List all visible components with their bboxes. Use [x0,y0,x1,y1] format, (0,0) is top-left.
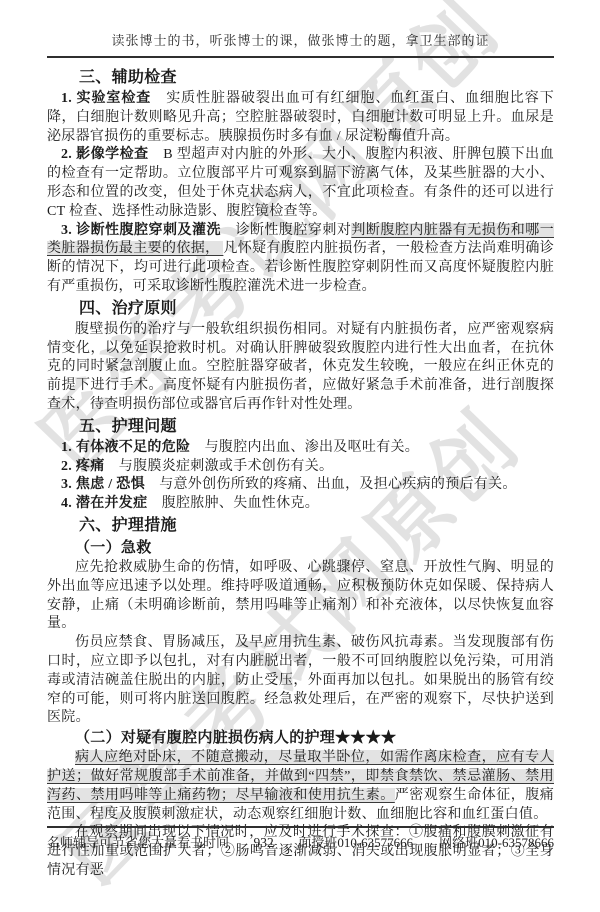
paragraph: 2. 影像学检查 B 型超声对内脏的外形、大小、腹腔内积液、肝脾包膜下出血的检查… [47,146,554,221]
page-number: 932 [229,835,298,851]
document-body: 三、辅助检查1. 实验室检查 实质性脏器破裂出血可有红细胞、血红蛋白、血细胞比容… [47,66,554,881]
section-heading: 三、辅助检查 [47,66,554,90]
paragraph: 3. 焦虑 / 恐惧 与意外创伤所致的疼痛、出血，及担心疾病的预后有关。 [47,476,554,495]
paragraph: 病人应绝对卧床，不随意搬动，尽量取半卧位，如需作离床检查，应有专人护送；做好常规… [47,749,554,824]
section-heading: （二）对疑有腹腔内脏损伤病人的护理★★★★ [47,728,554,749]
text-segment: 1. 有体液不足的危险 [61,440,190,455]
section-heading: 四、治疗原则 [47,297,554,321]
text-segment: 三、辅助检查 [79,69,177,86]
text-segment: 4. 潜在并发症 [61,496,147,511]
text-segment: 2. 影像学检查 [61,147,149,162]
text-segment: （一）急救 [75,540,152,556]
paragraph: 1. 实验室检查 实质性脏器破裂出血可有红细胞、血红蛋白、血细胞比容下降，白细胞… [47,90,554,146]
text-segment: 3. 诊断性腹腔穿刺及灌洗 [61,223,221,238]
text-segment: 诊断性腹腔穿刺对 [221,223,351,238]
text-segment: 与腹膜炎症刺激或手术创伤有关。 [105,459,334,474]
text-segment: 与腹腔内出血、渗出及呕吐有关。 [190,440,419,455]
text-segment: 腹腔脓肿、失血性休克。 [147,496,319,511]
paragraph: 4. 潜在并发症 腹腔脓肿、失血性休克。 [47,495,554,514]
footer-promo-text: 名师辅导可节省您大量看书时间 [47,832,229,851]
text-segment: （二）对疑有腹腔内脏损伤病人的护理★★★★ [75,730,396,746]
text-segment: 腹壁损伤的治疗与一般软组织损伤相同。对疑有内脏损伤者，应严密观察病情变化，以免延… [47,322,554,412]
paragraph: 1. 有体液不足的危险 与腹腔内出血、渗出及呕吐有关。 [47,439,554,458]
online-class-phone: 网络班010-63578666 [439,832,554,851]
paragraph: 2. 疼痛 与腹膜炎症刺激或手术创伤有关。 [47,458,554,477]
text-segment: 五、护理问题 [79,418,177,435]
page-footer: 名师辅导可节省您大量看书时间 932 面授班010-63577666 网络班01… [47,826,554,851]
header-slogan: 读张博士的书，听张博士的课，做张博士的题，拿卫生部的证 [111,33,489,48]
text-segment: 3. 焦虑 / 恐惧 [61,477,145,492]
section-heading: 六、护理措施 [47,514,554,538]
section-heading: （一）急救 [47,538,554,559]
onsite-class-phone: 面授班010-63577666 [298,832,413,851]
text-segment: 1. 实验室检查 [61,91,151,106]
paragraph: 伤员应禁食、胃肠减压，及早应用抗生素、破伤风抗毒素。当发现腹部有伤口时，应立即予… [47,634,554,728]
text-segment: 2. 疼痛 [61,459,105,474]
text-segment: 与意外创伤所致的疼痛、出血，及担心疾病的预后有关。 [145,477,517,492]
book-page: 医学考试网原创 医学考试网原创 读张博士的书，听张博士的课，做张博士的题，拿卫生… [0,0,600,912]
paragraph: 应先抢救威胁生命的伤情，如呼吸、心跳骤停、窒息、开放性气胸、明显的外出血等应迅速… [47,559,554,634]
text-segment: 应先抢救威胁生命的伤情，如呼吸、心跳骤停、窒息、开放性气胸、明显的外出血等应迅速… [47,560,554,631]
text-segment: 四、治疗原则 [79,300,177,317]
text-segment: 六、护理措施 [79,517,177,534]
paragraph: 3. 诊断性腹腔穿刺及灌洗 诊断性腹腔穿刺对判断腹腔内脏器有无损伤和哪一类脏器损… [47,222,554,297]
page-header: 读张博士的书，听张博士的课，做张博士的题，拿卫生部的证 [47,30,554,58]
paragraph: 腹壁损伤的治疗与一般软组织损伤相同。对疑有内脏损伤者，应严密观察病情变化，以免延… [47,321,554,415]
section-heading: 五、护理问题 [47,415,554,439]
text-segment: 伤员应禁食、胃肠减压，及早应用抗生素、破伤风抗毒素。当发现腹部有伤口时，应立即予… [47,635,554,725]
